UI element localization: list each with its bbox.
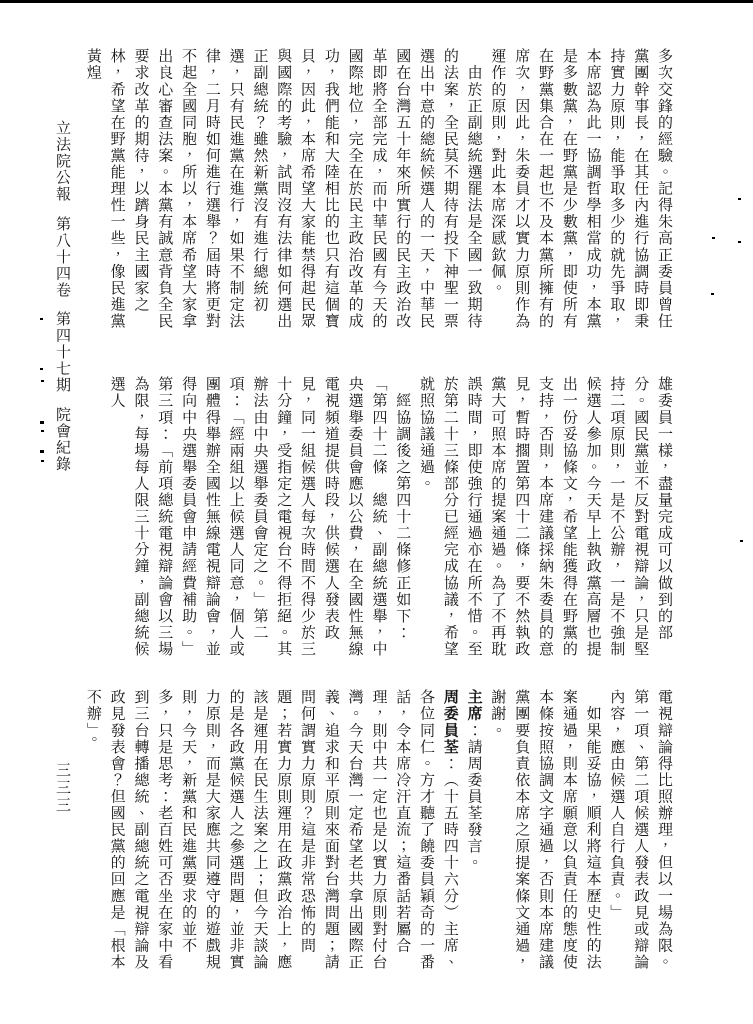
- paragraph: 由於正副總統選罷法是全國一致期待的法案，全民莫不期待有投下神聖一票選出中意的總統…: [80, 48, 485, 331]
- masthead-issue: 第四十七期: [54, 311, 70, 394]
- scan-speck: [40, 421, 44, 424]
- scan-speck: [40, 318, 43, 320]
- scan-speck: [41, 430, 44, 432]
- page-number: 三三三: [52, 762, 72, 815]
- speech-text: ：（十五時四十六分）主席、各位同仁。方才聽了饒委員穎奇的一番話，令本席冷汗直流；…: [85, 689, 458, 970]
- scan-speck: [712, 237, 715, 239]
- scan-speck: [740, 540, 743, 542]
- paragraph: 主席：請周委員荃發言。: [461, 689, 485, 972]
- scan-speck: [41, 460, 44, 462]
- speaker-name: 主席: [466, 689, 482, 722]
- gazette-masthead: 立法院公報第八十四卷第四十七期院會紀錄: [52, 120, 72, 473]
- scan-speck: [738, 198, 741, 200]
- paragraph: 如果能妥協，順利將這本歷史性的法案通過，則本席願意以負責任的態度使本條按照協調文…: [485, 689, 604, 972]
- masthead-section-label: 院會紀錄: [54, 407, 70, 473]
- paragraph: 電視辯論得比照辦理，但以一場為限。第一項、第二項候選人發表政見或辯論內容，應由候…: [604, 689, 675, 972]
- top-edge-bar: [0, 0, 753, 3]
- scan-speck: [40, 368, 43, 370]
- paragraph: 經協調後之第四十二條修正如下：「第四十二條 總統、副總統選舉，中央選舉委員會應以…: [104, 376, 413, 659]
- paragraph: 多次交鋒的經驗。記得朱高正委員曾任黨團幹事長，在其任內進行協調時即秉持實力原則，…: [485, 48, 675, 331]
- scan-speck: [40, 450, 44, 453]
- masthead-title: 立法院公報: [54, 120, 70, 203]
- gazette-page: 立法院公報第八十四卷第四十七期院會紀錄 三三三 多次交鋒的經驗。記得朱高正委員曾…: [0, 0, 753, 1024]
- scan-speck: [41, 380, 44, 382]
- masthead-volume: 第八十四卷: [54, 216, 70, 299]
- paragraph: 雄委員一樣，盡量完成可以做到的部分。國民黨並不反對電視辯論，只是堅持二項原則，一…: [413, 376, 675, 659]
- paragraph: 周委員荃：（十五時四十六分）主席、各位同仁。方才聽了饒委員穎奇的一番話，令本席冷…: [80, 689, 461, 972]
- scan-speck: [738, 241, 741, 243]
- text-section-lower: 電視辯論得比照辦理，但以一場為限。第一項、第二項候選人發表政見或辯論內容，應由候…: [80, 689, 675, 972]
- text-section-middle: 雄委員一樣，盡量完成可以做到的部分。國民黨並不反對電視辯論，只是堅持二項原則，一…: [104, 376, 675, 659]
- speaker-name: 周委員荃: [442, 689, 458, 755]
- text-section-upper: 多次交鋒的經驗。記得朱高正委員曾任黨團幹事長，在其任內進行協調時即秉持實力原則，…: [80, 48, 675, 331]
- speech-text: ：請周委員荃發言。: [466, 722, 482, 871]
- scan-speck: [711, 293, 714, 295]
